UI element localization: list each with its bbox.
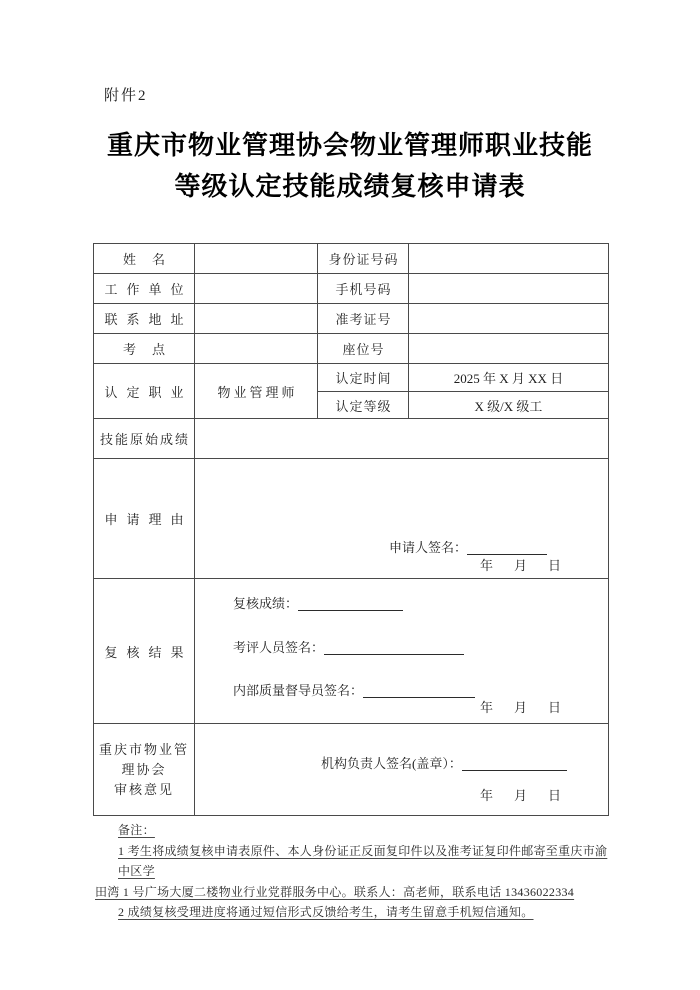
supervisor-signature-label: 内部质量督导员签名： [233, 683, 363, 698]
admission-ticket-label: 准考证号 [335, 312, 391, 327]
form-title-line1: 重庆市物业管理协会物业管理师职业技能 [0, 126, 700, 167]
table-row-occupation-time: 认定职业 物业管理师 认定时间 2025 年 X 月 XX 日 [94, 364, 609, 392]
application-form-table: 姓名 身份证号码 工作单位 手机号码 联系地址 准考证号 考点 座位号 认定职业… [93, 243, 609, 816]
original-score-label-cell: 技能原始成绩 [94, 419, 195, 459]
name-label: 姓名 [123, 252, 181, 267]
address-label: 联系地址 [104, 312, 192, 327]
table-row-address: 联系地址 准考证号 [94, 304, 609, 334]
assessor-signature-blank [324, 641, 464, 655]
review-score-blank [298, 597, 403, 611]
address-label-cell: 联系地址 [94, 304, 195, 334]
seat-number-label: 座位号 [342, 342, 384, 357]
name-value-cell [195, 244, 318, 274]
id-number-value-cell [409, 244, 609, 274]
table-row-association-opinion: 重庆市物业管 理协会 审核意见 机构负责人签名(盖章）： 年 月 日 [94, 724, 609, 816]
apply-reason-label: 申请理由 [104, 512, 192, 527]
exam-site-label-cell: 考点 [94, 334, 195, 364]
org-head-signature-blank [462, 757, 567, 771]
cert-level-value: X 级/X 级工 [475, 399, 543, 414]
association-opinion-label-line2: 理协会 [94, 760, 194, 780]
original-score-value-cell [195, 419, 609, 459]
cert-time-label-cell: 认定时间 [318, 364, 409, 392]
association-opinion-label-line3: 审核意见 [94, 780, 194, 800]
cert-time-label: 认定时间 [335, 371, 391, 386]
applicant-signature-line: 申请人签名： [389, 537, 547, 556]
org-head-signature-label: 机构负责人签名(盖章）： [321, 756, 462, 771]
note-1-text-part1: 1 考生将成绩复核申请表原件、本人身份证正反面复印件以及准考证复印件邮寄至重庆市… [118, 844, 607, 879]
table-row-name: 姓名 身份证号码 [94, 244, 609, 274]
notes-header: 备注： [118, 823, 155, 837]
cert-time-value-cell: 2025 年 X 月 XX 日 [409, 364, 609, 392]
form-title: 重庆市物业管理协会物业管理师职业技能 等级认定技能成绩复核申请表 [0, 126, 700, 208]
review-score-line: 复核成绩： [233, 593, 403, 612]
footer-notes: 备注： 1 考生将成绩复核申请表原件、本人身份证正反面复印件以及准考证复印件邮寄… [95, 820, 613, 923]
admission-ticket-label-cell: 准考证号 [318, 304, 409, 334]
address-value-cell [195, 304, 318, 334]
name-label-cell: 姓名 [94, 244, 195, 274]
association-opinion-label-cell: 重庆市物业管 理协会 审核意见 [94, 724, 195, 816]
cert-level-value-cell: X 级/X 级工 [409, 392, 609, 419]
notes-header-line: 备注： [118, 820, 613, 841]
note-2-line: 2 成绩复核受理进度将通过短信形式反馈给考生，请考生留意手机短信通知。 [118, 902, 613, 923]
review-result-label: 复核结果 [104, 645, 192, 660]
employer-value-cell [195, 274, 318, 304]
occupation-value: 物业管理师 [217, 385, 297, 400]
apply-reason-label-cell: 申请理由 [94, 459, 195, 579]
cert-level-label: 认定等级 [335, 399, 391, 414]
review-result-content-cell: 复核成绩： 考评人员签名： 内部质量督导员签名： 年 月 日 [195, 579, 609, 724]
note-1-text-part2: 田湾 1 号广场大厦二楼物业行业党群服务中心。联系人：高老师，联系电话 1343… [95, 885, 574, 899]
cert-level-label-cell: 认定等级 [318, 392, 409, 419]
occupation-value-cell: 物业管理师 [195, 364, 318, 419]
apply-reason-date: 年 月 日 [480, 555, 565, 574]
association-opinion-label: 重庆市物业管 理协会 审核意见 [94, 740, 194, 800]
seat-number-value-cell [409, 334, 609, 364]
review-result-date: 年 月 日 [480, 697, 565, 716]
table-row-apply-reason: 申请理由 申请人签名： 年 月 日 [94, 459, 609, 579]
review-score-label: 复核成绩： [233, 596, 298, 611]
employer-label: 工作单位 [104, 282, 192, 297]
id-number-label: 身份证号码 [328, 252, 398, 267]
applicant-signature-label: 申请人签名： [389, 540, 467, 555]
document-page: 附件2 重庆市物业管理协会物业管理师职业技能 等级认定技能成绩复核申请表 姓名 … [0, 0, 700, 990]
occupation-label-cell: 认定职业 [94, 364, 195, 419]
id-number-label-cell: 身份证号码 [318, 244, 409, 274]
note-2-text: 2 成绩复核受理进度将通过短信形式反馈给考生，请考生留意手机短信通知。 [118, 905, 534, 919]
seat-number-label-cell: 座位号 [318, 334, 409, 364]
mobile-label: 手机号码 [335, 282, 391, 297]
assessor-signature-label: 考评人员签名： [233, 640, 324, 655]
note-1-line-2: 田湾 1 号广场大厦二楼物业行业党群服务中心。联系人：高老师，联系电话 1343… [95, 882, 613, 903]
table-row-exam-site: 考点 座位号 [94, 334, 609, 364]
exam-site-label: 考点 [123, 342, 181, 357]
mobile-label-cell: 手机号码 [318, 274, 409, 304]
table-row-original-score: 技能原始成绩 [94, 419, 609, 459]
exam-site-value-cell [195, 334, 318, 364]
admission-ticket-value-cell [409, 304, 609, 334]
table-row-review-result: 复核结果 复核成绩： 考评人员签名： 内部质量督导员签名： 年 月 日 [94, 579, 609, 724]
review-result-label-cell: 复核结果 [94, 579, 195, 724]
table-row-employer: 工作单位 手机号码 [94, 274, 609, 304]
assessor-signature-line: 考评人员签名： [233, 637, 464, 656]
applicant-signature-blank [467, 541, 547, 555]
occupation-label: 认定职业 [104, 385, 192, 400]
association-opinion-date: 年 月 日 [480, 785, 565, 804]
apply-reason-content-cell: 申请人签名： 年 月 日 [195, 459, 609, 579]
form-title-line2: 等级认定技能成绩复核申请表 [0, 167, 700, 208]
attachment-label: 附件2 [104, 84, 148, 105]
association-opinion-label-line1: 重庆市物业管 [94, 740, 194, 760]
mobile-value-cell [409, 274, 609, 304]
employer-label-cell: 工作单位 [94, 274, 195, 304]
org-head-signature-line: 机构负责人签名(盖章）： [321, 753, 567, 772]
note-1-line-1: 1 考生将成绩复核申请表原件、本人身份证正反面复印件以及准考证复印件邮寄至重庆市… [118, 841, 613, 882]
association-opinion-content-cell: 机构负责人签名(盖章）： 年 月 日 [195, 724, 609, 816]
supervisor-signature-line: 内部质量督导员签名： [233, 680, 475, 699]
cert-time-value: 2025 年 X 月 XX 日 [454, 371, 563, 386]
supervisor-signature-blank [363, 684, 475, 698]
original-score-label: 技能原始成绩 [100, 432, 190, 447]
